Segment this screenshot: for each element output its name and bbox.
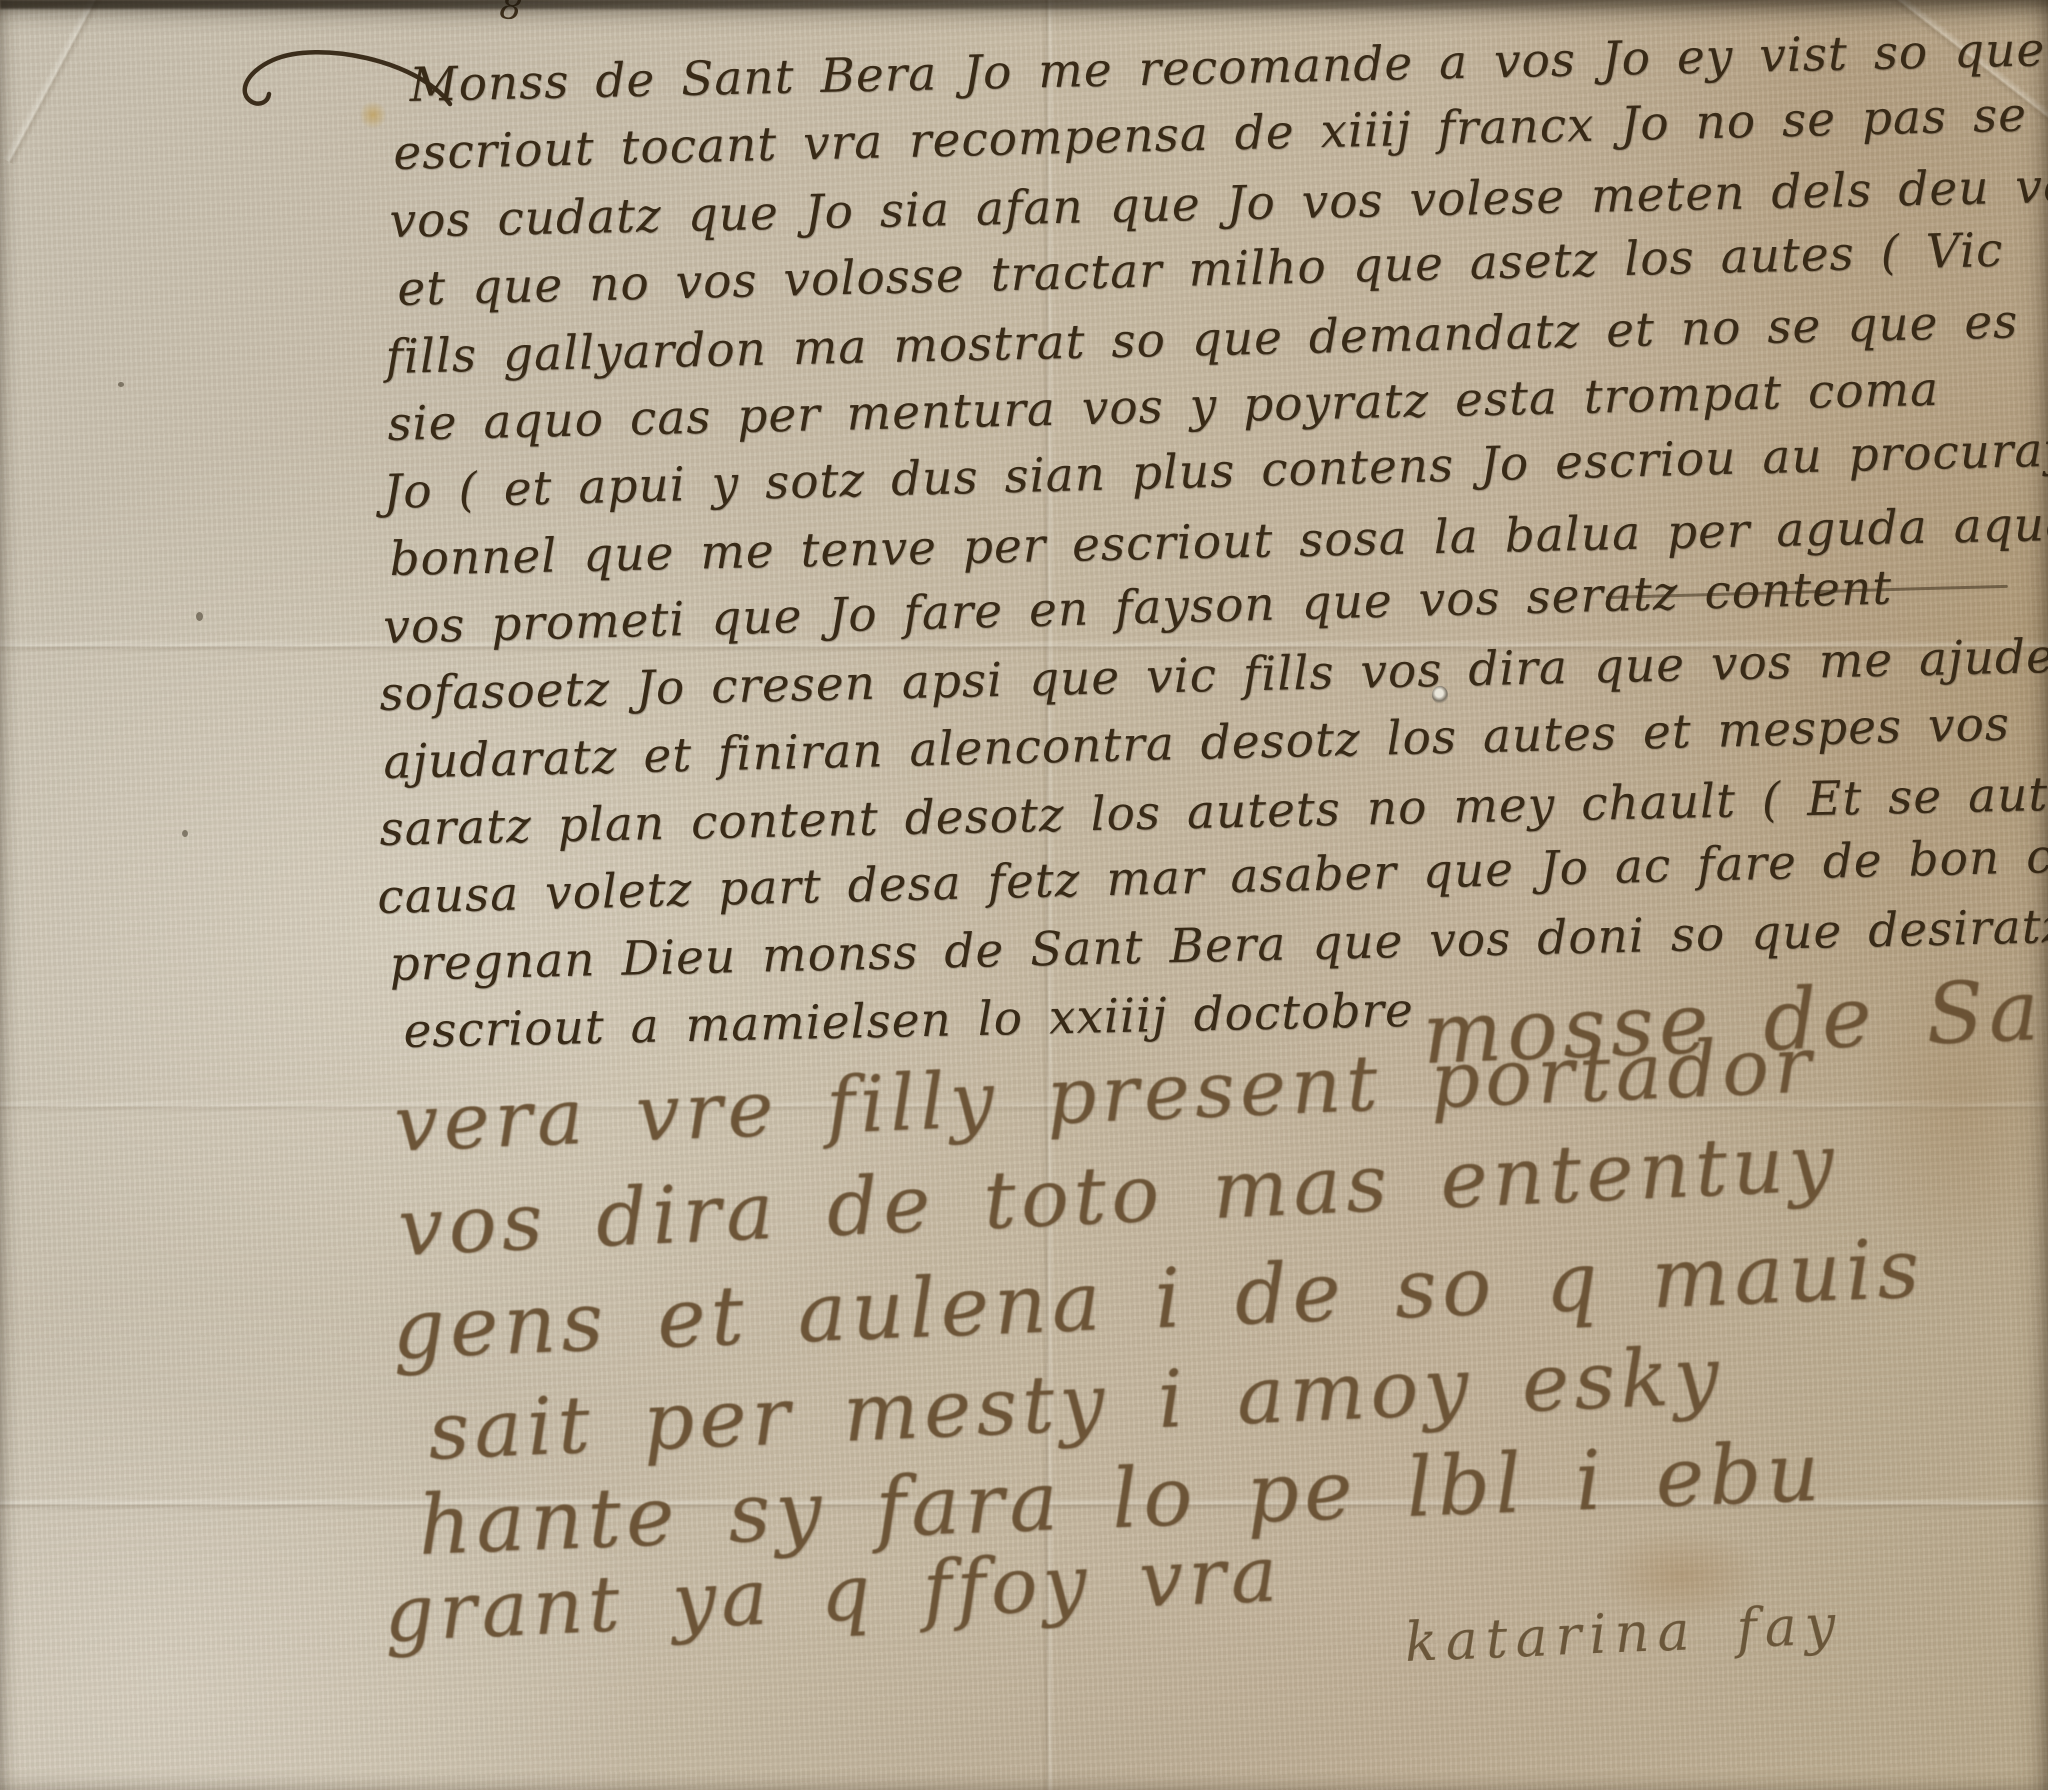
paper-speck (118, 382, 124, 387)
paper-speck (196, 612, 203, 621)
manuscript-photo: { "page": { "type": "handwritten manuscr… (0, 0, 2048, 1790)
photo-top-edge-shadow (0, 0, 2048, 9)
paper-speck (182, 830, 188, 837)
